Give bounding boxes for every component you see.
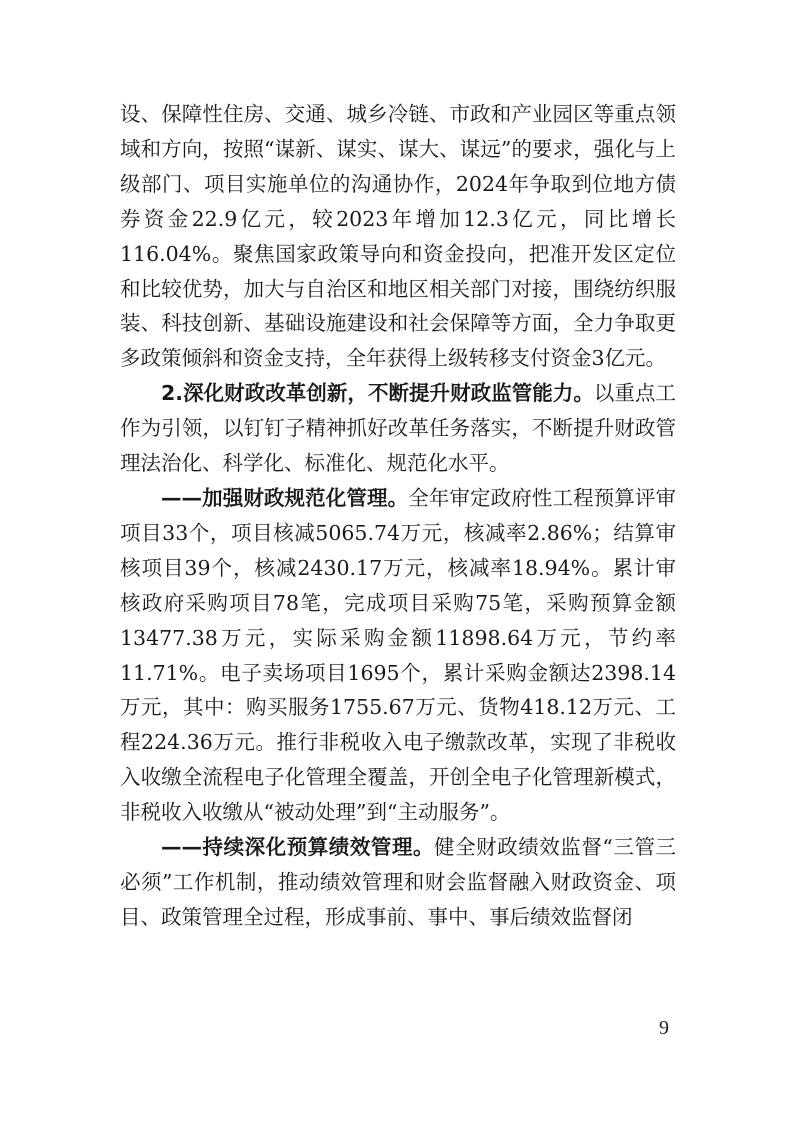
section-heading: 2.深化财政改革创新，不断提升财政监管能力。: [161, 381, 594, 405]
subsection-heading: ——加强财政规范化管理。: [161, 486, 408, 510]
subsection-heading: ——持续深化预算绩效管理。: [161, 835, 434, 859]
document-body: 设、保障性住房、交通、城乡冷链、市政和产业园区等重点领域和方向，按照“谋新、谋实…: [120, 97, 676, 935]
paragraph-standardized-management: ——加强财政规范化管理。全年审定政府性工程预算评审项目33个，项目核减5065.…: [120, 481, 676, 830]
paragraph-bond-funds: 设、保障性住房、交通、城乡冷链、市政和产业园区等重点领域和方向，按照“谋新、谋实…: [120, 97, 676, 376]
paragraph-performance-management: ——持续深化预算绩效管理。健全财政绩效监督“三管三必须”工作机制，推动绩效管理和…: [120, 830, 676, 935]
paragraph-reform-heading: 2.深化财政改革创新，不断提升财政监管能力。以重点工作为引领，以钉钉子精神抓好改…: [120, 376, 676, 481]
paragraph-text: 设、保障性住房、交通、城乡冷链、市政和产业园区等重点领域和方向，按照“谋新、谋实…: [120, 102, 676, 370]
page-number: 9: [659, 1017, 669, 1040]
paragraph-text: 全年审定政府性工程预算评审项目33个，项目核减5065.74万元，核减率2.86…: [120, 486, 676, 824]
